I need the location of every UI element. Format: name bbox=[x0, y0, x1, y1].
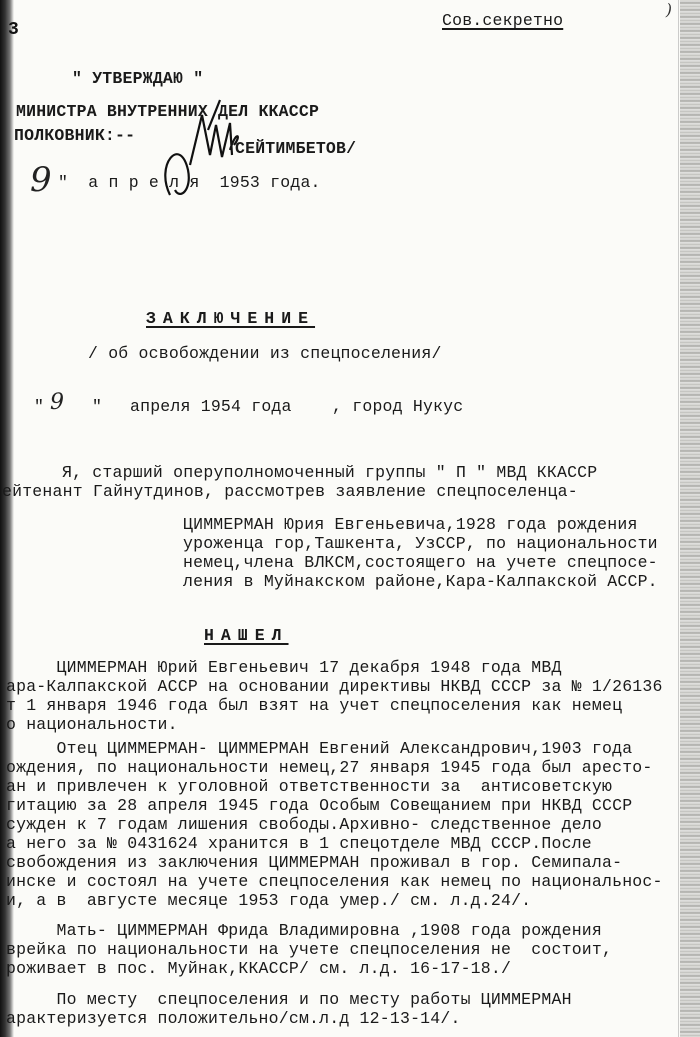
scan-right-edge bbox=[680, 0, 700, 1037]
paragraph2-line: ан и привлечен к уголовной ответственнос… bbox=[6, 778, 612, 796]
paragraph2-line: гитацию за 28 апреля 1945 года Особым Со… bbox=[6, 797, 632, 815]
paragraph2-line: ождения, по национальности немец,27 янва… bbox=[6, 759, 653, 777]
approval-rank: ПОЛКОВНИК:-- bbox=[14, 127, 135, 145]
paragraph2-line: Отец ЦИММЕРМАН- ЦИММЕРМАН Евгений Алекса… bbox=[6, 740, 632, 758]
document-day-handwritten: 9 bbox=[50, 390, 64, 415]
intro-line-2: ейтенант Гайнутдинов, рассмотрев заявлен… bbox=[2, 483, 578, 501]
approval-day-handwritten: 9 bbox=[30, 160, 52, 200]
document-subtitle: / об освобождении из спецпоселения/ bbox=[88, 345, 442, 363]
paragraph1-line: ара-Калпакской АССР на основании директи… bbox=[6, 678, 663, 696]
subject-line: уроженца гор,Ташкента, УзССР, по национа… bbox=[183, 535, 658, 553]
paragraph3-line: Мать- ЦИММЕРМАН Фрида Владимировна ,1908… bbox=[6, 922, 602, 940]
paragraph1-line: ЦИММЕРМАН Юрий Евгеньевич 17 декабря 194… bbox=[6, 659, 562, 677]
paragraph2-line: сужден к 7 годам лишения свободы.Архивно… bbox=[6, 816, 602, 834]
approval-name: СЕЙТИМБЕТОВ/ bbox=[235, 140, 356, 158]
document-date-quote-close: " bbox=[92, 398, 102, 416]
subject-line: ЦИММЕРМАН Юрия Евгеньевича,1928 года рож… bbox=[183, 516, 638, 534]
paragraph3-line: врейка по национальности на учете спецпо… bbox=[6, 941, 612, 959]
paragraph1-line: о национальности. bbox=[6, 716, 178, 734]
approval-title: " УТВЕРЖДАЮ " bbox=[72, 70, 203, 88]
paragraph2-line: свобождения из заключения ЦИММЕРМАН прож… bbox=[6, 854, 622, 872]
paragraph2-line: а него за № 0431624 хранится в 1 спецотд… bbox=[6, 835, 592, 853]
paragraph2-line: и, а в августе месяце 1953 года умер./ с… bbox=[6, 892, 531, 910]
intro-line-1: Я, старший оперуполномоченный группы " П… bbox=[62, 464, 597, 482]
subject-line: ления в Муйнакском районе,Кара-Калпакско… bbox=[183, 573, 658, 591]
document-date-place: апреля 1954 года , город Нукус bbox=[130, 398, 463, 416]
corner-mark: ) bbox=[666, 0, 672, 19]
paragraph4-line: арактеризуется положительно/см.л.д 12-13… bbox=[6, 1010, 461, 1028]
classification-stamp: Сов.секретно bbox=[442, 12, 563, 30]
paragraph2-line: инске и состоял на учете спецпоселения к… bbox=[6, 873, 663, 891]
subject-line: немец,члена ВЛКСМ,состоящего на учете сп… bbox=[183, 554, 658, 572]
document-date-quote-open: " bbox=[34, 398, 44, 416]
found-heading: НАШЕЛ bbox=[204, 627, 289, 645]
paragraph3-line: роживает в пос. Муйнак,ККАССР/ см. л.д. … bbox=[6, 960, 511, 978]
document-title: ЗАКЛЮЧЕНИЕ bbox=[146, 310, 315, 328]
paragraph1-line: т 1 января 1946 года был взят на учет сп… bbox=[6, 697, 622, 715]
page-marker: 3 bbox=[8, 20, 19, 40]
approval-date: " а п р е л я 1953 года. bbox=[58, 174, 321, 192]
paragraph4-line: По месту спецпоселения и по месту работы… bbox=[6, 991, 572, 1009]
